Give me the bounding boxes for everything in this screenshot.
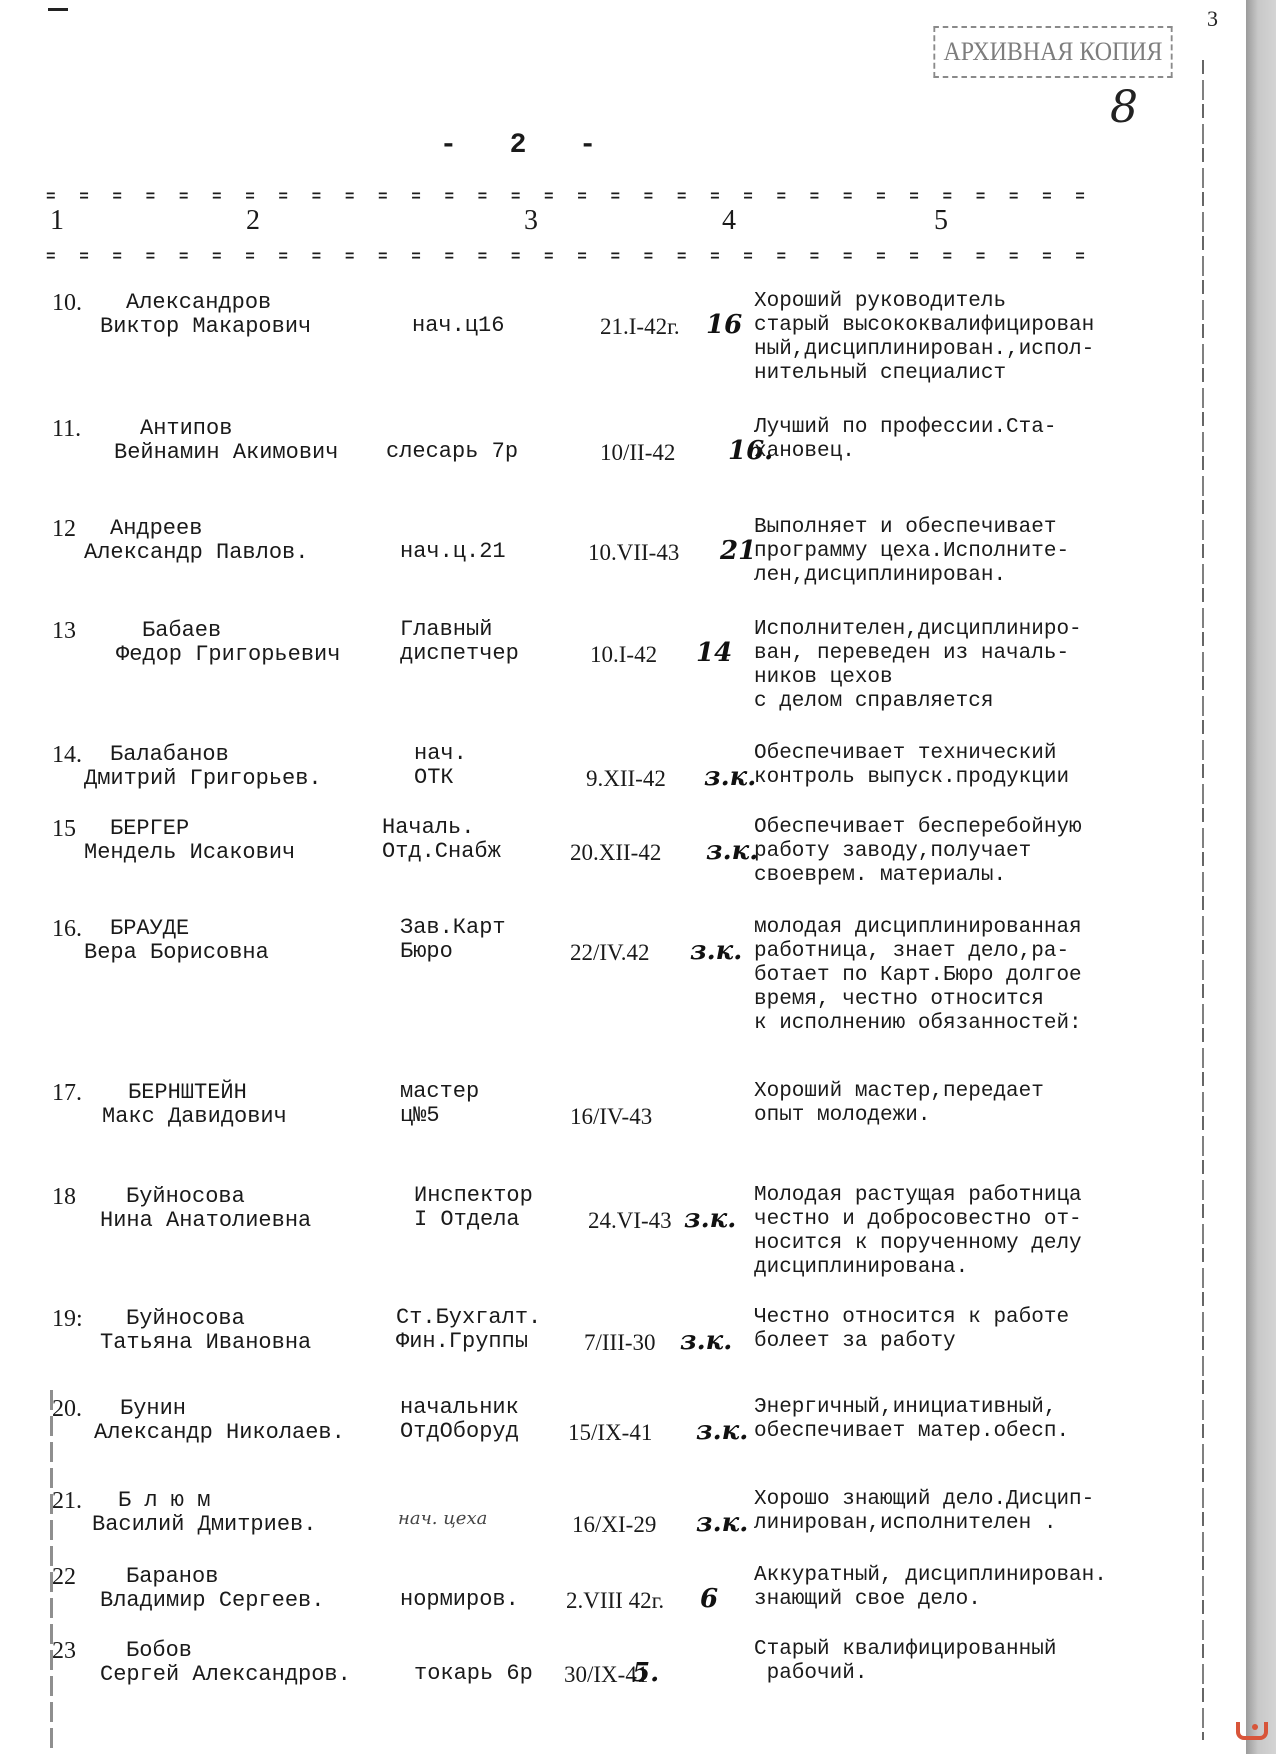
- entry-given-names: Макс Давидович: [102, 1104, 287, 1129]
- entry-given-names: Василий Дмитриев.: [92, 1512, 316, 1537]
- binding-margin-line: [1202, 60, 1204, 1740]
- entry-surname: БЕРГЕР: [110, 816, 189, 841]
- entry-hire-date: 16/XI-29: [572, 1512, 656, 1538]
- entry-surname: БРАУДЕ: [110, 916, 189, 941]
- entry-handwritten-note: 14: [696, 638, 732, 668]
- entry-number: 11.: [52, 416, 81, 443]
- entry-number: 15: [52, 816, 76, 843]
- archive-page-number: 8: [1110, 82, 1138, 133]
- entry-position: токарь 6р: [414, 1662, 533, 1686]
- entry-surname: Буйносова: [126, 1184, 245, 1209]
- entry-description: Молодая растущая работница честно и добр…: [754, 1184, 1194, 1280]
- entry-given-names: Владимир Сергеев.: [100, 1588, 324, 1613]
- entry-hire-date: 16/IV-43: [570, 1104, 652, 1130]
- entry-surname: Андреев: [110, 516, 202, 541]
- entry-surname: Б л ю м: [118, 1488, 210, 1513]
- entry-hire-date: 24.VI-43: [588, 1208, 672, 1234]
- entry-position: Ст.Бухгалт. Фин.Группы: [396, 1306, 541, 1354]
- entry-position: слесарь 7р: [386, 440, 518, 464]
- entry-hire-date: 9.XII-42: [586, 766, 666, 792]
- entry-position: Началь. Отд.Снабж: [382, 816, 501, 864]
- page-marker: - 2 -: [440, 130, 614, 161]
- entry-hire-date: 7/III-30: [584, 1330, 656, 1356]
- entry-handwritten-note: 16: [706, 310, 742, 340]
- entry-hire-date: 21.I-42г.: [600, 314, 680, 340]
- entry-number: 18: [52, 1184, 76, 1211]
- entry-surname: БЕРНШТЕЙН: [128, 1080, 247, 1105]
- entry-surname: Бабаев: [142, 618, 221, 643]
- entry-description: Обеспечивает бесперебойную работу заводу…: [754, 816, 1194, 888]
- entry-description: Хороший мастер,передает опыт молодежи.: [754, 1080, 1194, 1128]
- scan-page-edge: [1246, 0, 1276, 1754]
- entry-description: Лучший по профессии.Ста- хановец.: [754, 416, 1194, 464]
- entry-description: молодая дисциплинированная работница, зн…: [754, 916, 1194, 1036]
- entry-surname: Буйносова: [126, 1306, 245, 1331]
- entry-given-names: Вейнамин Акимович: [114, 440, 338, 465]
- entry-position: нач. ОТК: [414, 742, 467, 790]
- entry-number: 19:: [52, 1306, 83, 1333]
- entry-description: Обеспечивает технический контроль выпуск…: [754, 742, 1194, 790]
- entry-handwritten-note: 21: [720, 536, 756, 566]
- entry-hire-date: 22/IV.42: [570, 940, 649, 966]
- entry-handwritten-note: з.к.: [704, 762, 756, 792]
- entry-hire-date: 20.XII-42: [570, 840, 661, 866]
- entry-description: Исполнителен,дисциплиниро- ван, переведе…: [754, 618, 1194, 714]
- entry-given-names: Александр Павлов.: [84, 540, 308, 565]
- entry-description: Выполняет и обеспечивает программу цеха.…: [754, 516, 1194, 588]
- entry-handwritten-note: з.к.: [684, 1204, 736, 1234]
- entry-given-names: Александр Николаев.: [94, 1420, 345, 1445]
- entry-surname: Балабанов: [110, 742, 229, 767]
- entry-number: 22: [52, 1564, 76, 1591]
- entry-number: 21.: [52, 1488, 82, 1515]
- entry-given-names: Сергей Александров.: [100, 1662, 351, 1687]
- entry-hire-date: 2.VIII 42г.: [566, 1588, 664, 1614]
- column-number-5: 5: [934, 205, 948, 237]
- entry-position: нач.ц.21: [400, 540, 506, 564]
- column-number-2: 2: [246, 205, 260, 237]
- entry-handwritten-note: з.к.: [696, 1508, 748, 1538]
- column-number-3: 3: [524, 205, 538, 237]
- entry-number: 16.: [52, 916, 82, 943]
- table-header-rule-bottom: = = = = = = = = = = = = = = = = = = = = …: [46, 250, 1086, 264]
- entry-surname: Бобов: [126, 1638, 192, 1663]
- entry-given-names: Виктор Макарович: [100, 314, 311, 339]
- entry-hire-date: 10.I-42: [590, 642, 657, 668]
- table-header-rule-top: = = = = = = = = = = = = = = = = = = = = …: [46, 190, 1086, 204]
- entry-number: 12: [52, 516, 76, 543]
- entry-handwritten-note: 5.: [632, 1658, 659, 1688]
- corner-mark: [48, 8, 68, 11]
- entry-surname: Александров: [126, 290, 271, 315]
- entry-position: Инспектор I Отдела: [414, 1184, 533, 1232]
- entry-number: 14.: [52, 742, 82, 769]
- entry-position: начальник ОтдОборуд: [400, 1396, 519, 1444]
- entry-description: Честно относится к работе болеет за рабо…: [754, 1306, 1194, 1354]
- entry-given-names: Федор Григорьевич: [116, 642, 340, 667]
- entry-number: 10.: [52, 290, 82, 317]
- entry-hire-date: 10/II-42: [600, 440, 675, 466]
- entry-given-names: Нина Анатолиевна: [100, 1208, 311, 1233]
- entry-position: мастер ц№5: [400, 1080, 479, 1128]
- entry-given-names: Татьяна Ивановна: [100, 1330, 311, 1355]
- entry-surname: Бунин: [120, 1396, 186, 1421]
- entry-position-handwritten: нач. цеха: [398, 1508, 487, 1529]
- sheet-number: 3: [1207, 6, 1218, 32]
- column-number-1: 1: [50, 205, 64, 237]
- entry-description: Старый квалифицированный рабочий.: [754, 1638, 1194, 1686]
- archive-copy-stamp: АРХИВНАЯ КОПИЯ: [933, 26, 1172, 78]
- entry-number: 13: [52, 618, 76, 645]
- entry-number: 17.: [52, 1080, 82, 1107]
- entry-surname: Баранов: [126, 1564, 218, 1589]
- entry-position: Зав.Карт Бюро: [400, 916, 506, 964]
- entry-number: 20.: [52, 1396, 82, 1423]
- entry-handwritten-note: з.к.: [680, 1326, 732, 1356]
- entry-position: нач.ц16: [412, 314, 504, 338]
- entry-handwritten-note: з.к.: [690, 936, 742, 966]
- entry-given-names: Мендель Исакович: [84, 840, 295, 865]
- entry-description: Хороший руководитель старый высококвалиф…: [754, 290, 1194, 386]
- red-marker-icon: [1236, 1722, 1268, 1740]
- entry-hire-date: 10.VII-43: [588, 540, 679, 566]
- entry-handwritten-note: з.к.: [696, 1416, 748, 1446]
- entry-handwritten-note: з.к.: [706, 836, 758, 866]
- entry-hire-date: 15/IX-41: [568, 1420, 652, 1446]
- entry-surname: Антипов: [140, 416, 232, 441]
- entry-given-names: Дмитрий Григорьев.: [84, 766, 322, 791]
- entry-description: Энергичный,инициативный, обеспечивает ма…: [754, 1396, 1194, 1444]
- entry-position: нормиров.: [400, 1588, 519, 1612]
- entry-number: 23: [52, 1638, 76, 1665]
- entry-position: Главный диспетчер: [400, 618, 519, 666]
- entry-handwritten-note: 6: [700, 1584, 718, 1614]
- entry-description: Аккуратный, дисциплинирован. знающий сво…: [754, 1564, 1194, 1612]
- entry-given-names: Вера Борисовна: [84, 940, 269, 965]
- entry-description: Хорошо знающий дело.Дисцип- линирован,ис…: [754, 1488, 1194, 1536]
- column-number-4: 4: [722, 205, 736, 237]
